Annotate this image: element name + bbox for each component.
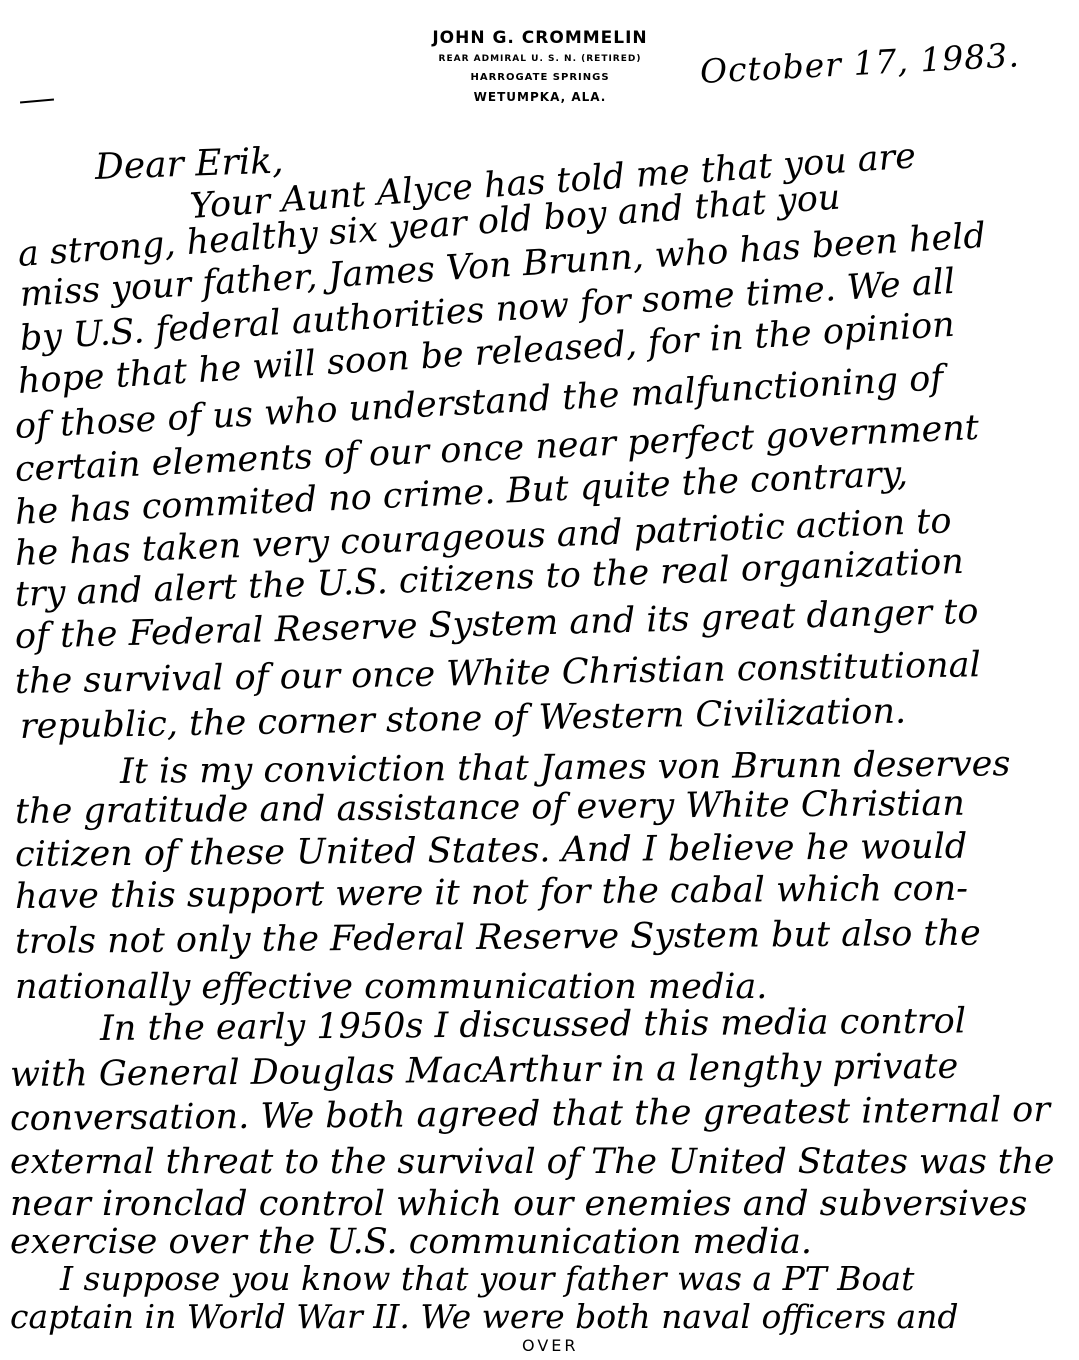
letter-line: republic, the corner stone of Western Ci…	[20, 695, 907, 745]
letterhead-city: WETUMPKA, ALA.	[380, 91, 700, 103]
letterhead-name: JOHN G. CROMMELIN	[380, 30, 700, 47]
salutation: Dear Erik,	[94, 143, 284, 186]
letter-line: with General Douglas MacArthur in a leng…	[10, 1050, 959, 1093]
letter-line: the gratitude and assistance of every Wh…	[15, 787, 965, 830]
letter-line: external threat to the survival of The U…	[10, 1145, 1054, 1180]
letter-line: nationally effective communication media…	[15, 970, 767, 1005]
over-marker: OVER	[522, 1336, 578, 1355]
pen-mark	[20, 99, 54, 104]
letterhead-place: HARROGATE SPRINGS	[380, 73, 700, 83]
letter-date: October 17, 1983.	[699, 35, 1021, 91]
letter-line: citizen of these United States. And I be…	[15, 830, 968, 873]
letter-line: captain in World War II. We were both na…	[10, 1300, 959, 1333]
letter-line: exercise over the U.S. communication med…	[10, 1225, 812, 1260]
letterhead: JOHN G. CROMMELIN REAR ADMIRAL U. S. N. …	[380, 30, 700, 103]
letter-line: have this support were it not for the ca…	[15, 872, 968, 915]
letter-line: I suppose you know that your father was …	[60, 1262, 914, 1295]
letterhead-rank: REAR ADMIRAL U. S. N. (RETIRED)	[380, 55, 700, 64]
letter-line: trols not only the Federal Reserve Syste…	[15, 917, 981, 960]
letter-page: JOHN G. CROMMELIN REAR ADMIRAL U. S. N. …	[0, 0, 1079, 1360]
letter-line: conversation. We both agreed that the gr…	[10, 1093, 1050, 1137]
letter-line: In the early 1950s I discussed this medi…	[100, 1004, 966, 1047]
letter-line: near ironclad control which our enemies …	[10, 1187, 1027, 1222]
